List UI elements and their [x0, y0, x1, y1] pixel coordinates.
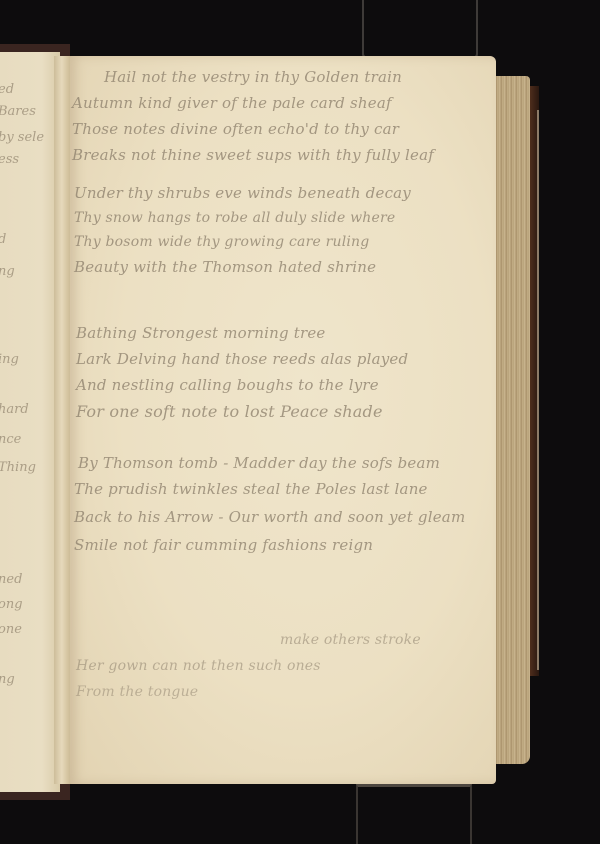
verse-line: For one soft note to lost Peace shade [76, 402, 383, 421]
verse-line: Beauty with the Thomson hated shrine [74, 258, 376, 276]
bottom-page-clamp [356, 784, 472, 844]
left-page-fragment: hard [0, 402, 29, 417]
left-page-fragment: ess [0, 152, 19, 167]
left-page-fragment: d [0, 232, 6, 247]
top-page-clamp [362, 0, 478, 60]
verse-line: From the tongue [76, 684, 198, 700]
verse-line: Under thy shrubs eve winds beneath decay [74, 184, 411, 202]
verse-line: make others stroke [280, 632, 421, 648]
left-page-fragment: ng [0, 672, 15, 687]
left-page-fragment: ng [0, 264, 15, 279]
verse-line: Hail not the vestry in thy Golden train [104, 68, 402, 86]
left-page-fragment: ned [0, 572, 22, 587]
verse-line: Lark Delving hand those reeds alas playe… [76, 350, 408, 368]
left-page-fragment: ing [0, 352, 19, 367]
verse-line: Smile not fair cumming fashions reign [74, 536, 373, 554]
verse-line: Breaks not thine sweet sups with thy ful… [72, 146, 434, 164]
left-page-fragment: ong [0, 597, 23, 612]
left-page-fragment: Bares [0, 104, 36, 119]
left-page-fragment: ed [0, 82, 14, 97]
verse-line: Those notes divine often echo'd to thy c… [72, 120, 399, 138]
cover-edge-highlight [537, 110, 539, 670]
verse-line: Her gown can not then such ones [76, 658, 321, 674]
verse-line: And nestling calling boughs to the lyre [76, 376, 379, 394]
manuscript-page: Hail not the vestry in thy Golden train … [70, 56, 496, 784]
left-page-fragment: one [0, 622, 22, 637]
verse-line: Autumn kind giver of the pale card sheaf [72, 94, 392, 112]
verse-line: Bathing Strongest morning tree [76, 324, 326, 342]
notebook-photo: ed Bares by sele ess d ng ing hard nce T… [0, 0, 600, 844]
verse-line: Back to his Arrow - Our worth and soon y… [74, 508, 465, 526]
left-page-fragment: Thing [0, 460, 36, 475]
left-page-fragment: by sele [0, 130, 44, 145]
verse-line: By Thomson tomb - Madder day the sofs be… [78, 454, 440, 472]
verse-line: Thy snow hangs to robe all duly slide wh… [74, 210, 395, 226]
left-facing-page: ed Bares by sele ess d ng ing hard nce T… [0, 52, 60, 792]
verse-line: The prudish twinkles steal the Poles las… [74, 480, 428, 498]
left-page-fragment: nce [0, 432, 21, 447]
verse-line: Thy bosom wide thy growing care ruling [74, 234, 369, 250]
